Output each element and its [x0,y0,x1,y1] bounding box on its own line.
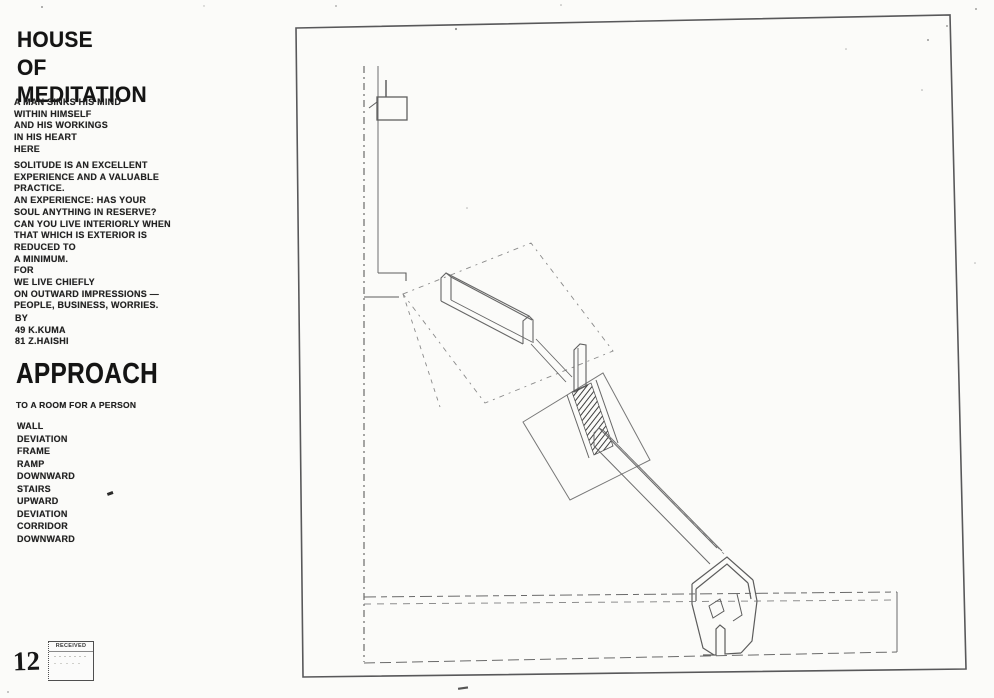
corridor-walls [594,428,724,564]
drawing-panel [0,0,994,698]
scan-specks [7,4,977,693]
drawing-frame [296,15,966,677]
site-lines [364,592,897,663]
entry-wall [364,66,407,662]
stairs-hatch [567,380,618,458]
deviation-zone-dashed [403,243,613,407]
scanned-document-page: { "page": { "background": "#fbfbf9", "in… [0,0,994,698]
ramp-walls [441,273,572,382]
meditation-room [692,557,757,655]
axonometric-drawing [0,0,994,698]
